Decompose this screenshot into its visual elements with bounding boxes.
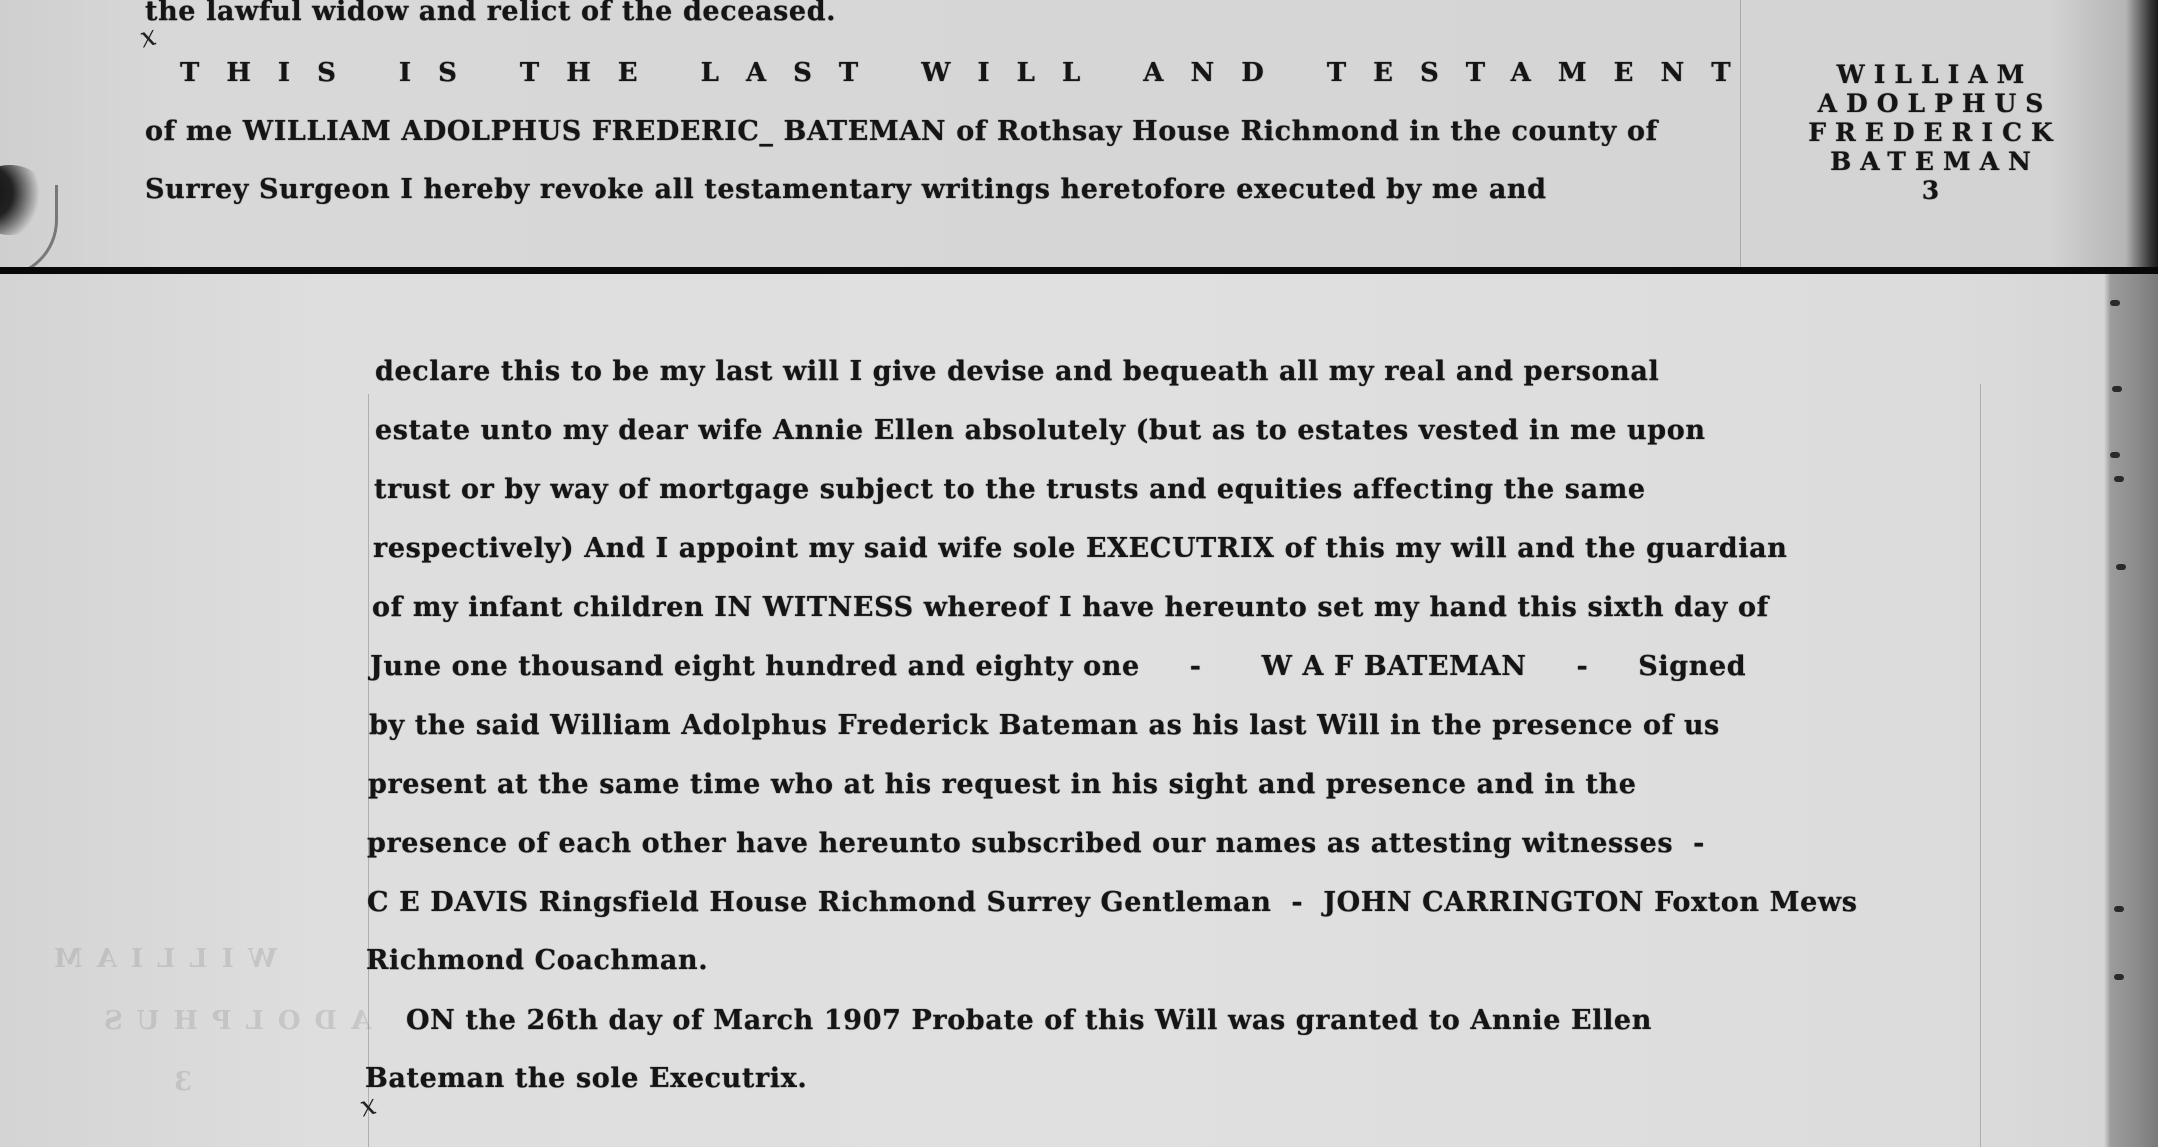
body-line-11: Richmond Coachman. — [366, 945, 708, 976]
binding-rivet — [2114, 476, 2124, 482]
top-line-4: Surrey Surgeon I hereby revoke all testa… — [145, 174, 1547, 205]
margin-folio-number: 3 — [1785, 176, 2085, 205]
paper-curl — [0, 185, 58, 278]
bleed-through-name-1: WILLIAM — [40, 944, 277, 974]
binding-rivet — [2110, 300, 2120, 306]
binding-rivet — [2114, 974, 2124, 980]
binding-rivet — [2116, 564, 2126, 570]
probate-line-2: Bateman the sole Executrix. — [365, 1063, 807, 1094]
margin-name-line-4: BATEMAN — [1785, 147, 2085, 176]
binding-rivet — [2112, 386, 2122, 392]
body-line-10: C E DAVIS Ringsfield House Richmond Surr… — [367, 887, 1858, 918]
margin-name-line-1: WILLIAM — [1785, 60, 2085, 89]
body-line-4: respectively) And I appoint my said wife… — [373, 533, 1787, 564]
body-line-2: estate unto my dear wife Annie Ellen abs… — [375, 415, 1706, 446]
body-line-8: present at the same time who at his requ… — [368, 769, 1637, 800]
body-line-9: presence of each other have hereunto sub… — [367, 828, 1705, 859]
top-line-1: the lawful widow and relict of the decea… — [145, 0, 836, 27]
bleed-through-number: 3 — [160, 1067, 192, 1097]
top-document-strip: the lawful widow and relict of the decea… — [0, 0, 2158, 267]
will-heading: THIS IS THE LAST WILL AND TESTAMENT — [180, 58, 1758, 88]
body-line-5: of my infant children IN WITNESS whereof… — [372, 592, 1769, 623]
body-line-3: trust or by way of mortgage subject to t… — [374, 474, 1646, 505]
body-line-1: declare this to be my last will I give d… — [375, 356, 1659, 387]
binding-rivet — [2114, 906, 2124, 912]
probate-line-1: ON the 26th day of March 1907 Probate of… — [366, 1005, 1652, 1036]
section-divider — [0, 267, 2158, 274]
margin-name-line-2: ADOLPHUS — [1785, 89, 2085, 118]
bleed-through-name-2: ADOLPHUS — [90, 1006, 371, 1036]
bottom-document-strip: WILLIAM ADOLPHUS 3 declare this to be my… — [0, 274, 2158, 1147]
right-margin-rule — [1980, 384, 1981, 1147]
top-line-3: of me WILLIAM ADOLPHUS FREDERIC_ BATEMAN… — [145, 116, 1658, 147]
body-line-6: June one thousand eight hundred and eigh… — [370, 651, 1746, 682]
body-line-7: by the said William Adolphus Frederick B… — [369, 710, 1720, 741]
binding-rivet — [2110, 452, 2120, 458]
margin-rule — [1740, 0, 1741, 267]
margin-name-line-3: FREDERICK — [1785, 118, 2085, 147]
